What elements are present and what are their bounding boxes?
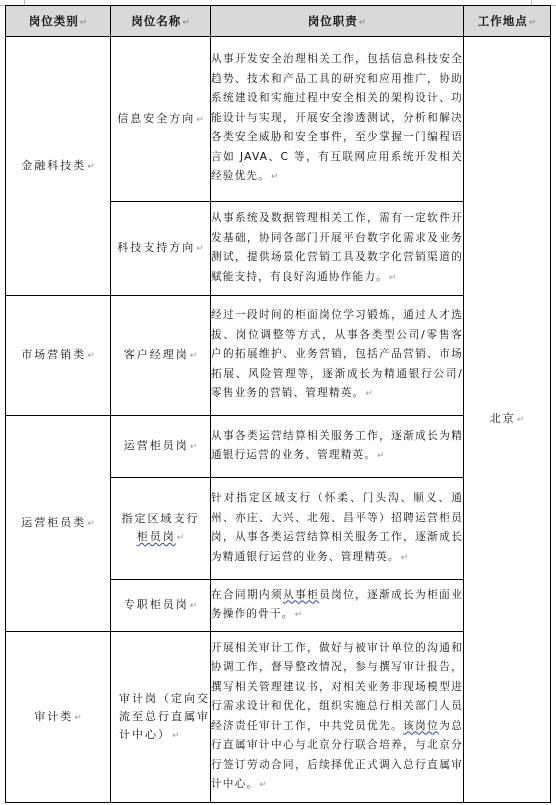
duty-cell: 从事开发安全治理相关工作，包括信息科技安全趋势、技术和产品工具的研究和应用推广，… <box>211 37 464 202</box>
category-cell: 金融科技类↵ <box>6 37 111 296</box>
location-cell: 北京↵ <box>464 37 551 803</box>
position-cell: 信息安全方向↵ <box>111 37 211 202</box>
duty-cell: 在合同期内须从事柜员岗位，逐渐成长为柜面业务操作的骨干。↵ <box>211 580 464 632</box>
duty-cell: 经过一段时间的柜面岗位学习锻炼，通过人才选拔、岗位调整等方式，从事各类型公司/零… <box>211 296 464 416</box>
position-cell: 科技支持方向↵ <box>111 202 211 296</box>
job-positions-table: 岗位类别↵ 岗位名称↵ 岗位职责↵ 工作地点↵ 金融科技类↵ 信息安全方向↵ 从… <box>5 5 551 803</box>
header-duty: 岗位职责↵ <box>211 6 464 37</box>
category-cell: 运营柜员类↵ <box>6 416 111 632</box>
duty-cell: 开展相关审计工作，做好与被审计单位的沟通和协调工作，督导整改情况，参与撰写审计报… <box>211 632 464 803</box>
duty-cell: 针对指定区域支行（怀柔、门头沟、顺义、通州、亦庄、大兴、北苑、昌平等）招聘运营柜… <box>211 478 464 580</box>
position-cell: 客户经理岗↵ <box>111 296 211 416</box>
position-cell: 指定区域支行柜员岗↵ <box>111 478 211 580</box>
duty-cell: 从事各类运营结算相关服务工作，逐渐成长为精通银行运营的业务、管理精英。↵ <box>211 416 464 478</box>
table-row: 金融科技类↵ 信息安全方向↵ 从事开发安全治理相关工作，包括信息科技安全趋势、技… <box>6 37 551 202</box>
category-cell: 市场营销类↵ <box>6 296 111 416</box>
header-location: 工作地点↵ <box>464 6 551 37</box>
header-position: 岗位名称↵ <box>111 6 211 37</box>
duty-cell: 从事系统及数据管理相关工作，需有一定软件开发基础，协同各部门开展平台数字化需求及… <box>211 202 464 296</box>
position-cell: 运营柜员岗↵ <box>111 416 211 478</box>
category-cell: 审计类↵ <box>6 632 111 803</box>
table-header-row: 岗位类别↵ 岗位名称↵ 岗位职责↵ 工作地点↵ <box>6 6 551 37</box>
header-category: 岗位类别↵ <box>6 6 111 37</box>
position-cell: 审计岗（定向交流至总行直属审计中心）↵ <box>111 632 211 803</box>
position-cell: 专职柜员岗↵ <box>111 580 211 632</box>
